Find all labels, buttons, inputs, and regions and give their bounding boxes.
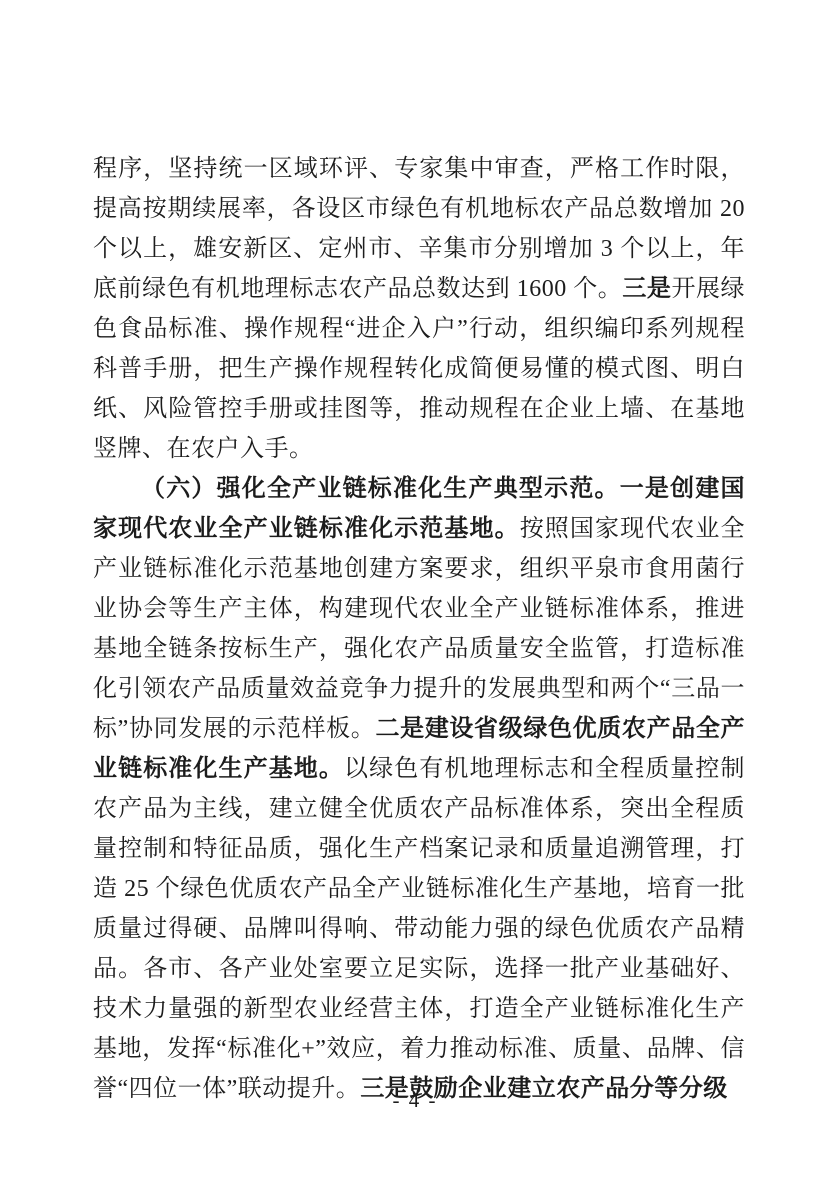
text-run: 以绿色有机地理标志和全程质量控制农产品为主线，建立健全优质农产品标准体系，突出全…: [93, 756, 745, 1102]
text-run: 开展绿色食品标准、操作规程“进企入户”行动，组织编印系列规程科普手册，把生产操作…: [93, 276, 745, 462]
paragraph-section-six: （六）强化全产业链标准化生产典型示范。一是创建国家现代农业全产业链标准化示范基地…: [93, 469, 745, 1109]
document-page: 程序，坚持统一区域环评、专家集中审查，严格工作时限，提高按期续展率，各设区市绿色…: [0, 0, 830, 1177]
page-number: - 4 -: [0, 1088, 830, 1113]
body-text: 程序，坚持统一区域环评、专家集中审查，严格工作时限，提高按期续展率，各设区市绿色…: [93, 149, 745, 1109]
text-run: 按照国家现代农业全产业链标准化示范基地创建方案要求，组织平泉市食用菌行业协会等生…: [93, 516, 745, 742]
bold-text-run: 三是: [622, 275, 671, 302]
paragraph-continuation: 程序，坚持统一区域环评、专家集中审查，严格工作时限，提高按期续展率，各设区市绿色…: [93, 149, 745, 469]
